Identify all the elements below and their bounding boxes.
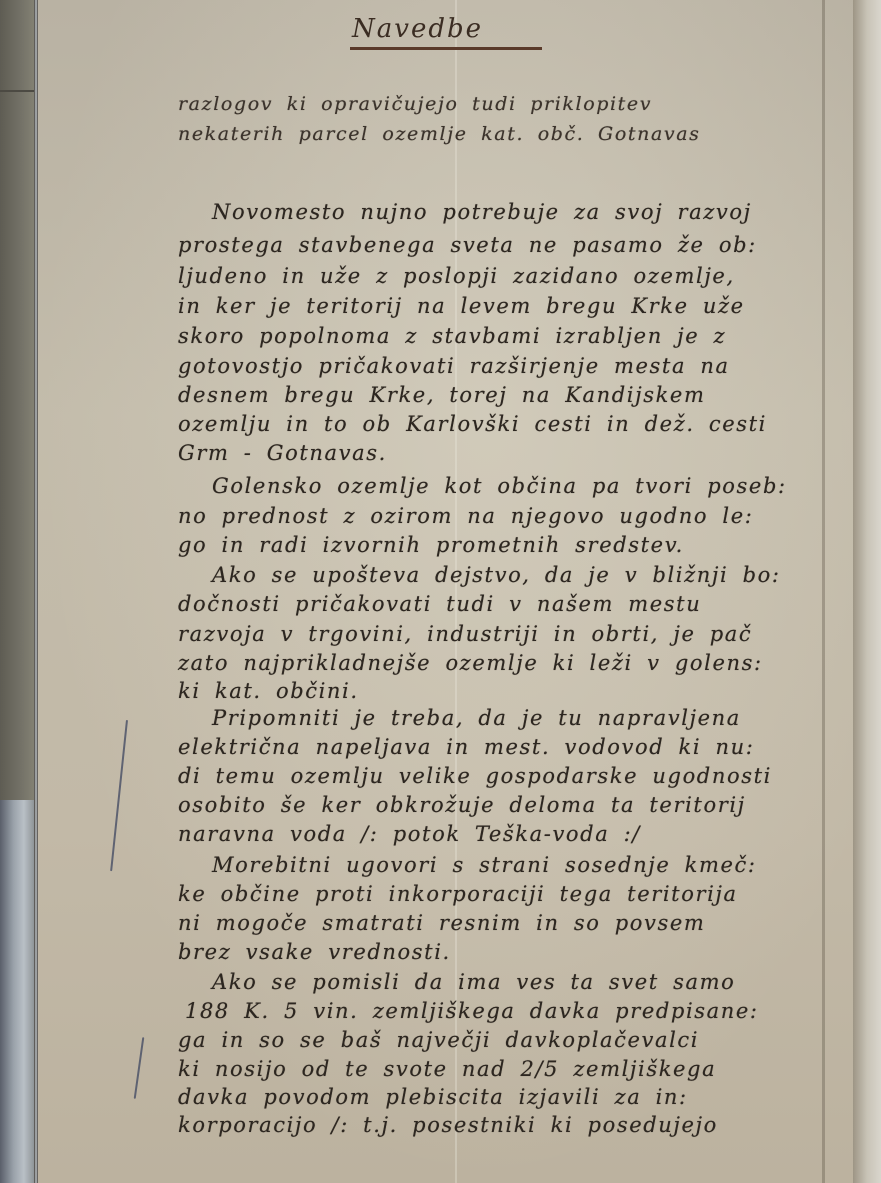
paragraph-line: ke občine proti inkorporaciji tega terit…: [178, 882, 738, 906]
shelf-edge-line: [0, 90, 36, 92]
paragraph-line: dočnosti pričakovati tudi v našem mestu: [178, 592, 701, 616]
paragraph-line: osobito še ker obkrožuje deloma ta terit…: [178, 793, 746, 817]
paragraph-line: prostega stavbenega sveta ne pasamo že o…: [178, 233, 757, 257]
paragraph-line: Novomesto nujno potrebuje za svoj razvoj: [212, 200, 752, 224]
paragraph-line: Pripomniti je treba, da je tu napravljen…: [212, 706, 741, 730]
paragraph-line: go in radi izvornih prometnih sredstev.: [178, 533, 684, 557]
paragraph-line: korporacijo /: t.j. posestniki ki posedu…: [178, 1113, 718, 1137]
paragraph-line: di temu ozemlju velike gospodarske ugodn…: [178, 764, 772, 788]
page-right-edge: [853, 0, 881, 1183]
paragraph-line: Morebitni ugovori s strani sosednje kmeč…: [212, 853, 757, 877]
paragraph-line: in ker je teritorij na levem bregu Krke …: [178, 294, 745, 318]
paragraph-line: ozemlju in to ob Karlovški cesti in dež.…: [178, 412, 767, 436]
glass-edge: [0, 800, 34, 1183]
paragraph-line: električna napeljava in mest. vodovod ki…: [178, 735, 754, 759]
paragraph-line: zato najprikladnejše ozemlje ki leži v g…: [178, 651, 763, 675]
paragraph-line: gotovostjo pričakovati razširjenje mesta…: [178, 354, 730, 378]
paragraph-line: razvoja v trgovini, industriji in obrti,…: [178, 622, 752, 646]
paragraph-line: Golensko ozemlje kot občina pa tvori pos…: [212, 474, 787, 498]
paragraph-line: skoro popolnoma z stavbami izrabljen je …: [178, 324, 726, 348]
title-underline: [350, 47, 542, 50]
paragraph-line: ki kat. občini.: [178, 679, 359, 703]
paragraph-line: brez vsake vrednosti.: [178, 940, 451, 964]
subtitle-line: razlogov ki opravičujejo tudi priklopite…: [178, 93, 652, 115]
page-edge-shadow: [822, 0, 825, 1183]
paragraph-line: no prednost z ozirom na njegovo ugodno l…: [178, 504, 753, 528]
subtitle-line: nekaterih parcel ozemlje kat. obč. Gotna…: [178, 123, 700, 145]
paragraph-line: Ako se upošteva dejstvo, da je v bližnji…: [212, 563, 781, 587]
paragraph-line: davka povodom plebiscita izjavili za in:: [178, 1085, 688, 1109]
paragraph-line: ki nosijo od te svote nad 2/5 zemljiškeg…: [178, 1057, 716, 1081]
paragraph-line: ga in so se baš največji davkoplačevalci: [178, 1028, 699, 1052]
paragraph-line: desnem bregu Krke, torej na Kandijskem: [178, 383, 705, 407]
document-title: Navedbe: [352, 14, 483, 44]
paragraph-line: ni mogoče smatrati resnim in so povsem: [178, 911, 705, 935]
paragraph-line: Grm - Gotnavas.: [178, 441, 387, 465]
paragraph-line: Ako se pomisli da ima ves ta svet samo: [212, 970, 735, 994]
paragraph-line: 188 K. 5 vin. zemljiškega davka predpisa…: [185, 999, 759, 1023]
paragraph-line: naravna voda /: potok Teška-voda :/: [178, 822, 641, 846]
paragraph-line: ljudeno in uže z poslopji zazidano ozeml…: [178, 264, 735, 288]
